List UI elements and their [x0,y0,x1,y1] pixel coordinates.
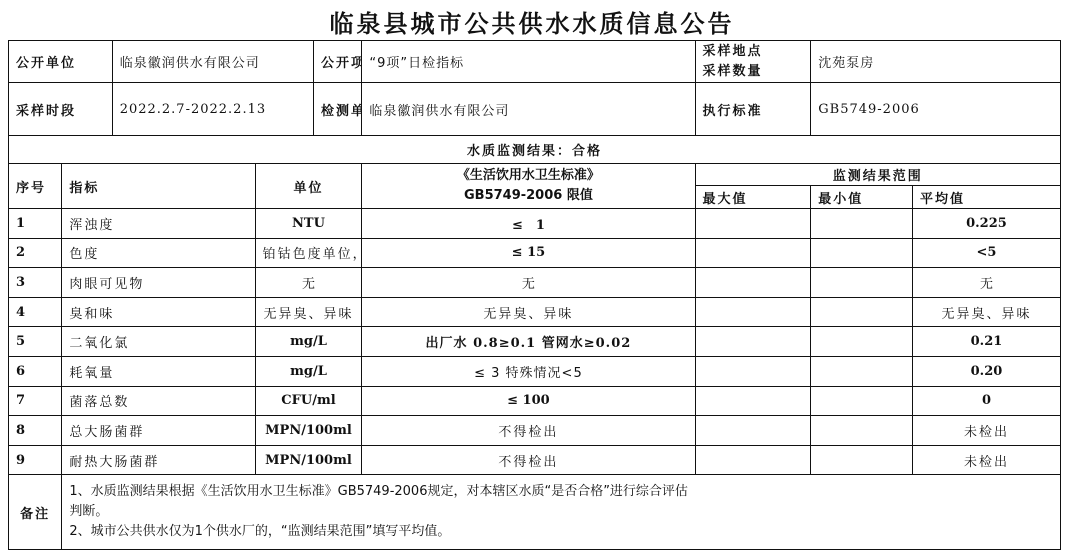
row-avg: 0.21 [912,327,1060,357]
table-row: 6 耗氧量 mg/L ≤ 3 特殊情况<5 0.20 [9,356,1061,386]
sample-site-value: 沈苑泵房 [811,41,1061,83]
page-title: 临泉县城市公共供水水质信息公告 [0,4,1066,39]
row-min [811,356,913,386]
row-limit: ≤ 1 [362,209,695,239]
table-row: 9 耐热大肠菌群 MPN/100ml 不得检出 未检出 [9,445,1061,475]
row-unit: 无 [255,268,362,298]
row-indicator: 耗氧量 [62,356,255,386]
row-limit: 不得检出 [362,416,695,446]
row-max [695,297,811,327]
sample-site-label-line1: 采样地点 [703,42,804,62]
test-unit-value: 临泉徽润供水有限公司 [362,83,695,136]
header-indicator: 指标 [62,164,255,209]
table-row: 7 菌落总数 CFU/ml ≤ 100 0 [9,386,1061,416]
row-indicator: 二氧化氯 [62,327,255,357]
header-min: 最小值 [811,186,913,209]
row-unit: 铂钴色度单位，度 [255,238,362,268]
row-indicator: 肉眼可见物 [62,268,255,298]
row-avg: <5 [912,238,1060,268]
row-max [695,209,811,239]
header-index: 序号 [9,164,62,209]
row-indicator: 总大肠菌群 [62,416,255,446]
row-limit: 不得检出 [362,445,695,475]
header-unit: 单位 [255,164,362,209]
header-limit-line2: GB5749-2006 限值 [369,186,687,206]
publish-item-value: “9项”日检指标 [362,41,695,83]
test-unit-label: 检测单位 [314,83,362,136]
row-max [695,416,811,446]
row-avg: 0.225 [912,209,1060,239]
row-index: 6 [9,356,62,386]
sample-period-value: 2022.2.7-2022.2.13 [112,83,313,136]
publish-unit-label: 公开单位 [9,41,113,83]
row-avg: 未检出 [912,416,1060,446]
remark-line-1: 1、水质监测结果根据《生活饮用水卫生标准》GB5749-2006规定，对本辖区水… [69,482,1053,502]
row-avg: 未检出 [912,445,1060,475]
table-row: 1 浑浊度 NTU ≤ 1 0.225 [9,209,1061,239]
remarks-row: 备注 1、水质监测结果根据《生活饮用水卫生标准》GB5749-2006规定，对本… [9,475,1061,550]
row-indicator: 耐热大肠菌群 [62,445,255,475]
row-min [811,209,913,239]
row-unit: mg/L [255,327,362,357]
row-index: 2 [9,238,62,268]
header-limit-line1: 《生活饮用水卫生标准》 [369,166,687,186]
row-index: 1 [9,209,62,239]
row-max [695,268,811,298]
publish-unit-value: 临泉徽润供水有限公司 [112,41,313,83]
header-range: 监测结果范围 [695,164,1060,186]
row-min [811,238,913,268]
row-avg: 无 [912,268,1060,298]
standard-label: 执行标准 [695,83,811,136]
row-limit: ≤ 100 [362,386,695,416]
row-limit: 无 [362,268,695,298]
row-max [695,356,811,386]
table-row: 5 二氧化氯 mg/L 出厂水 0.8≥0.1 管网水≥0.02 0.21 [9,327,1061,357]
sample-period-label: 采样时段 [9,83,113,136]
sample-quantity-label: 采样数量 [703,62,804,82]
row-unit: mg/L [255,356,362,386]
row-avg: 0.20 [912,356,1060,386]
result-title-row: 水质监测结果：合格 [9,136,1061,164]
row-min [811,386,913,416]
row-max [695,386,811,416]
row-unit: 无异臭、异味 [255,297,362,327]
table-row: 2 色度 铂钴色度单位，度 ≤ 15 <5 [9,238,1061,268]
row-indicator: 菌落总数 [62,386,255,416]
row-limit: 无异臭、异味 [362,297,695,327]
row-unit: MPN/100ml [255,416,362,446]
row-limit: ≤ 3 特殊情况<5 [362,356,695,386]
remark-line-2: 判断。 [69,502,1053,522]
sample-site-label: 采样地点 采样数量 [695,41,811,83]
table-row: 8 总大肠菌群 MPN/100ml 不得检出 未检出 [9,416,1061,446]
remark-line-3: 2、城市公共供水仅为1个供水厂的，“监测结果范围”填写平均值。 [69,522,1053,542]
row-max [695,445,811,475]
row-index: 7 [9,386,62,416]
row-index: 4 [9,297,62,327]
row-index: 8 [9,416,62,446]
row-indicator: 浑浊度 [62,209,255,239]
publish-item-label: 公开项目 [314,41,362,83]
row-min [811,297,913,327]
remarks-label: 备注 [9,475,62,550]
row-unit: MPN/100ml [255,445,362,475]
row-indicator: 臭和味 [62,297,255,327]
result-title: 水质监测结果：合格 [9,136,1061,164]
row-unit: CFU/ml [255,386,362,416]
row-min [811,327,913,357]
row-min [811,416,913,446]
header-row-1: 序号 指标 单位 《生活饮用水卫生标准》 GB5749-2006 限值 监测结果… [9,164,1061,186]
row-index: 9 [9,445,62,475]
row-max [695,327,811,357]
row-unit: NTU [255,209,362,239]
header-limit: 《生活饮用水卫生标准》 GB5749-2006 限值 [362,164,695,209]
row-index: 3 [9,268,62,298]
remarks-content: 1、水质监测结果根据《生活饮用水卫生标准》GB5749-2006规定，对本辖区水… [62,475,1061,550]
row-min [811,268,913,298]
table-row: 3 肉眼可见物 无 无 无 [9,268,1061,298]
row-avg: 无异臭、异味 [912,297,1060,327]
row-indicator: 色度 [62,238,255,268]
header-max: 最大值 [695,186,811,209]
water-quality-table: 公开单位 临泉徽润供水有限公司 公开项目 “9项”日检指标 采样地点 采样数量 … [8,40,1061,550]
table-row: 4 臭和味 无异臭、异味 无异臭、异味 无异臭、异味 [9,297,1061,327]
row-limit: 出厂水 0.8≥0.1 管网水≥0.02 [362,327,695,357]
header-avg: 平均值 [912,186,1060,209]
info-row-1: 公开单位 临泉徽润供水有限公司 公开项目 “9项”日检指标 采样地点 采样数量 … [9,41,1061,83]
standard-value: GB5749-2006 [811,83,1061,136]
row-min [811,445,913,475]
row-max [695,238,811,268]
row-avg: 0 [912,386,1060,416]
row-index: 5 [9,327,62,357]
info-row-2: 采样时段 2022.2.7-2022.2.13 检测单位 临泉徽润供水有限公司 … [9,83,1061,136]
row-limit: ≤ 15 [362,238,695,268]
